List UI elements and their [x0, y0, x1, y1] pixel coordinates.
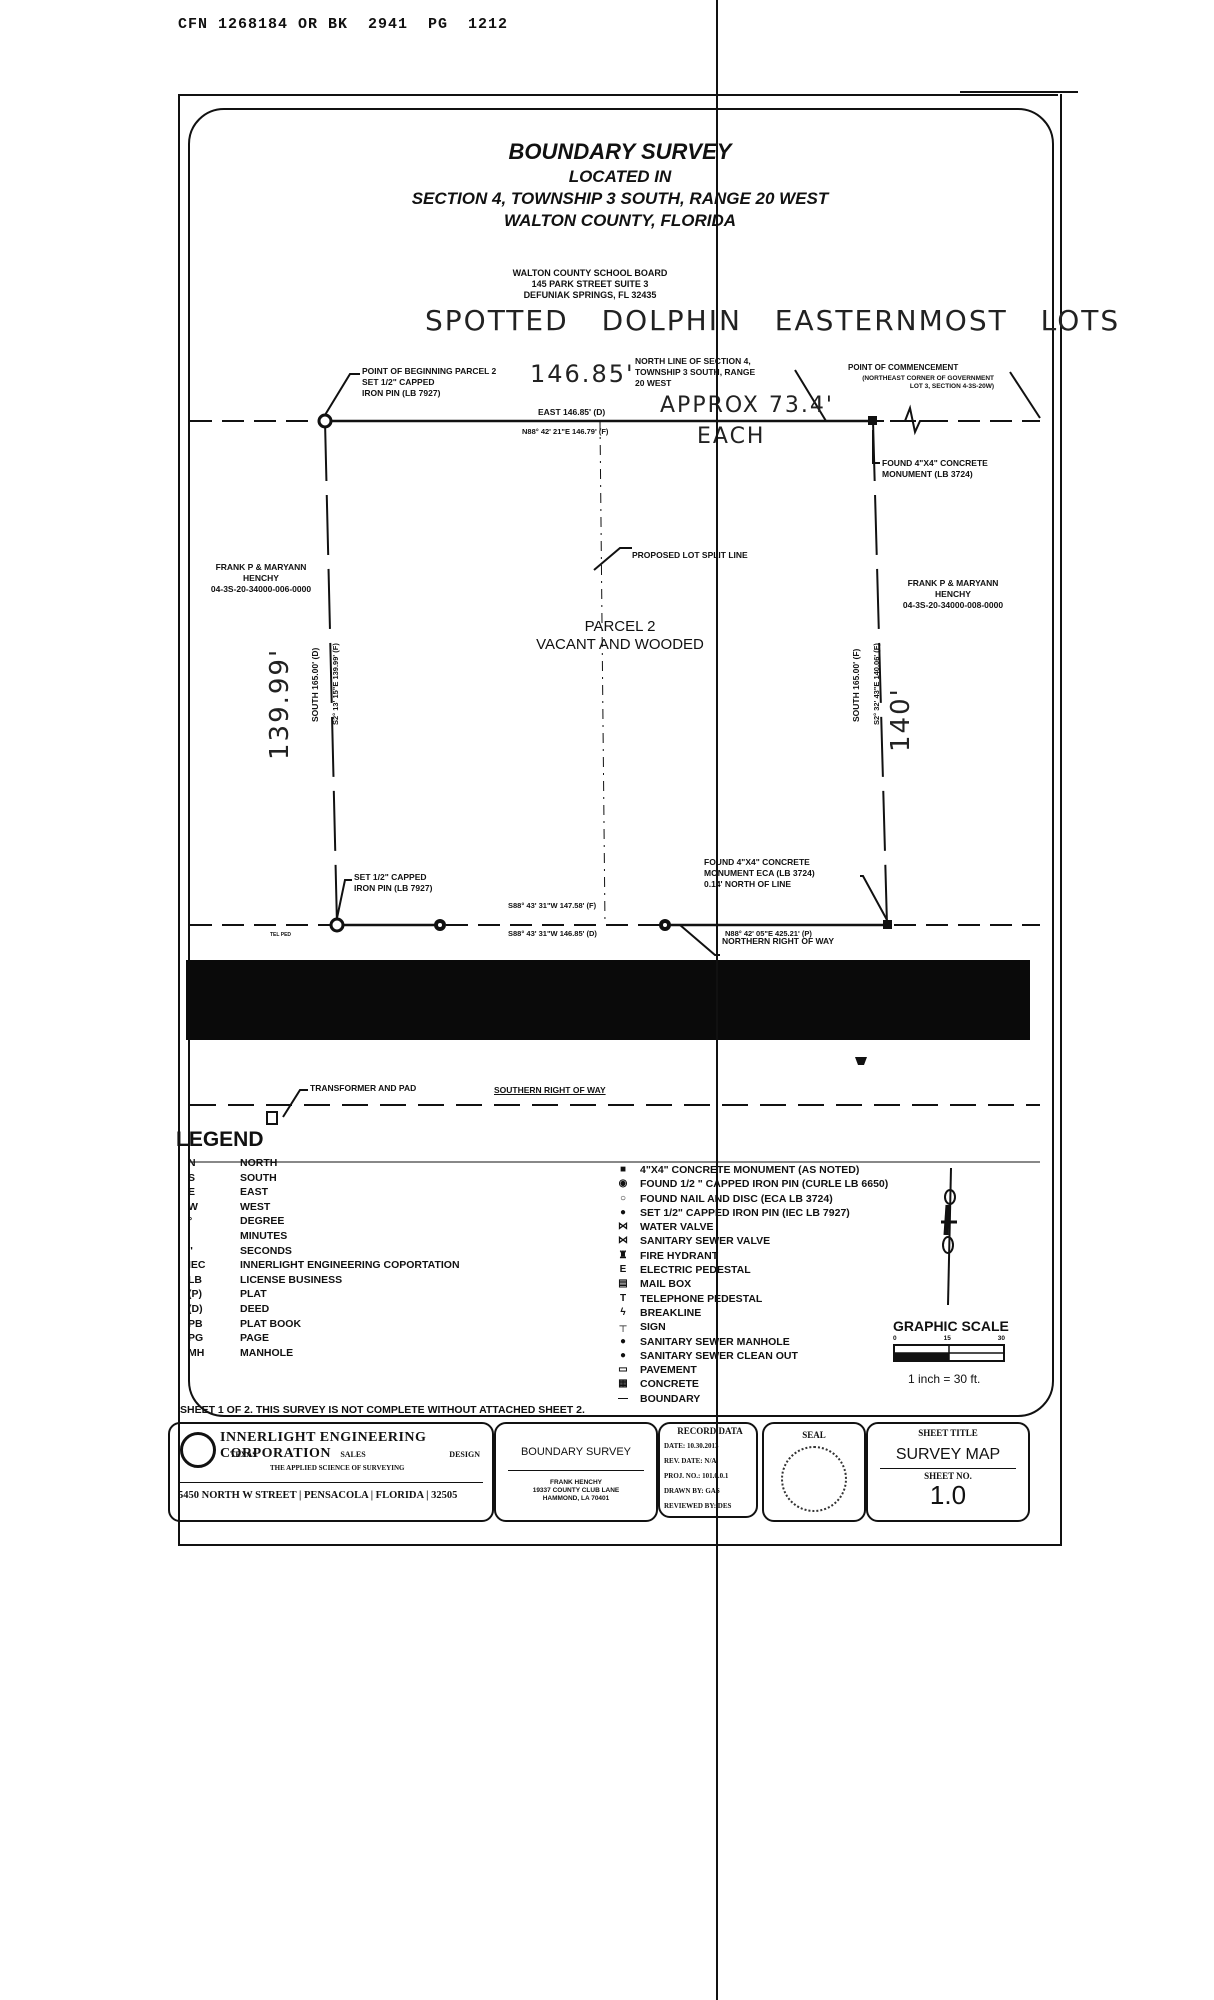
legend-symbol-label: MAIL BOX [640, 1277, 691, 1291]
legend-symbol-icon: ϟ [612, 1306, 634, 1320]
legend-symbol-icon: ⋈ [612, 1234, 634, 1248]
legend-abbr: ° [188, 1214, 240, 1229]
record-drawn-by: DRAWN BY: GAS [664, 1484, 756, 1499]
legend-abbr-row: PBPLAT BOOK [188, 1317, 460, 1332]
handwritten-west-length: 139.99' [265, 648, 295, 760]
company-address: 5450 NORTH W STREET | PENSACOLA | FLORID… [178, 1490, 457, 1501]
tag-2: SALES [340, 1450, 365, 1459]
legend-symbol-row: ⋈SANITARY SEWER VALVE [612, 1234, 888, 1248]
legend-symbol-row: ▭PAVEMENT [612, 1363, 888, 1377]
project-block: BOUNDARY SURVEY FRANK HENCHY 19337 COUNT… [494, 1422, 658, 1522]
scale-tick-0: 0 [893, 1335, 897, 1343]
client-name: FRANK HENCHY [496, 1479, 656, 1487]
north-bearing-deed: EAST 146.85' (D) [538, 407, 605, 418]
legend-meaning: DEGREE [240, 1214, 284, 1229]
east-owner-3: 04-3S-20-34000-008-0000 [888, 600, 1018, 611]
ne-monument-1: FOUND 4"X4" CONCRETE [882, 458, 988, 469]
scan-artifact-line [716, 0, 718, 2000]
company-divider [178, 1482, 483, 1483]
parcel-label: PARCEL 2 VACANT AND WOODED [520, 618, 720, 654]
legend-abbr-row: IECINNERLIGHT ENGINEERING COPORTATION [188, 1258, 460, 1273]
legend-symbol-label: BREAKLINE [640, 1306, 701, 1320]
legend-abbr: ' [188, 1229, 240, 1244]
legend-abbr-row: LBLICENSE BUSINESS [188, 1273, 460, 1288]
sw-pin-2: IRON PIN (LB 7927) [354, 883, 432, 894]
legend-symbol-label: FIRE HYDRANT [640, 1249, 718, 1263]
west-bearing-field: S2° 13' 15"E 139.99' (F) [330, 643, 341, 725]
sheet-title-label: SHEET TITLE [868, 1428, 1028, 1438]
seal-block: SEAL [762, 1422, 866, 1522]
legend-symbol-icon: ▦ [612, 1377, 634, 1391]
legend-abbr-row: NNORTH [188, 1156, 460, 1171]
legend-abbr: IEC [188, 1258, 240, 1273]
sheet-title: SURVEY MAP [868, 1446, 1028, 1464]
lot-split-label: PROPOSED LOT SPLIT LINE [632, 550, 748, 561]
legend-symbol-icon: ■ [612, 1163, 634, 1177]
legend-meaning: PLAT [240, 1287, 267, 1302]
poc-detail: (NORTHEAST CORNER OF GOVERNMENT LOT 3, S… [856, 375, 994, 391]
legend-symbol-label: ELECTRIC PEDESTAL [640, 1263, 751, 1277]
legend-symbol-label: SANITARY SEWER VALVE [640, 1234, 770, 1248]
legend-symbol-row: ■4"X4" CONCRETE MONUMENT (AS NOTED) [612, 1163, 888, 1177]
legend-symbol-label: FOUND 1/2 " CAPPED IRON PIN (CURLE LB 66… [640, 1177, 888, 1191]
legend-abbr-row: (P)PLAT [188, 1287, 460, 1302]
legend-symbol-row: ◉FOUND 1/2 " CAPPED IRON PIN (CURLE LB 6… [612, 1177, 888, 1191]
legend-symbols: ■4"X4" CONCRETE MONUMENT (AS NOTED)◉FOUN… [612, 1163, 888, 1406]
surveyor-seal-stamp [781, 1446, 847, 1512]
tag-1: TEXAS [230, 1450, 257, 1459]
legend-symbol-icon: ▭ [612, 1363, 634, 1377]
legend-abbr-row: °DEGREE [188, 1214, 460, 1229]
scale-ratio: 1 inch = 30 ft. [908, 1372, 980, 1386]
legend-symbol-row: ♜FIRE HYDRANT [612, 1249, 888, 1263]
legend-abbr-row: "SECONDS [188, 1244, 460, 1259]
legend-symbol-icon: ● [612, 1335, 634, 1349]
legend-symbol-label: SET 1/2" CAPPED IRON PIN (IEC LB 7927) [640, 1206, 850, 1220]
legend-meaning: SOUTH [240, 1171, 277, 1186]
record-heading: RECORD DATA [664, 1424, 756, 1439]
legend-symbol-row: ●SET 1/2" CAPPED IRON PIN (IEC LB 7927) [612, 1206, 888, 1220]
se-monument-2: MONUMENT ECA (LB 3724) [704, 868, 815, 879]
legend-abbr-row: MHMANHOLE [188, 1346, 460, 1361]
parcel-description: VACANT AND WOODED [520, 636, 720, 654]
legend-symbol-row: ●SANITARY SEWER CLEAN OUT [612, 1349, 888, 1363]
legend-symbol-icon: — [612, 1392, 634, 1406]
legend-meaning: INNERLIGHT ENGINEERING COPORTATION [240, 1258, 460, 1273]
legend-symbol-icon: ┬ [612, 1320, 634, 1334]
south-bearing-field: S88° 43' 31"W 147.58' (F) [508, 900, 596, 911]
west-owner-2: HENCHY [198, 573, 324, 584]
east-owner: FRANK P & MARYANN HENCHY 04-3S-20-34000-… [888, 578, 1018, 611]
west-owner: FRANK P & MARYANN HENCHY 04-3S-20-34000-… [198, 562, 324, 595]
graphic-scale-bar [893, 1344, 1005, 1362]
legend-meaning: NORTH [240, 1156, 277, 1171]
legend-symbol-icon: ♜ [612, 1249, 634, 1263]
legend-meaning: MANHOLE [240, 1346, 293, 1361]
legend-abbreviations: NNORTHSSOUTHEEASTWWEST°DEGREE'MINUTES"SE… [188, 1156, 460, 1360]
legend-meaning: MINUTES [240, 1229, 287, 1244]
legend-symbol-row: TTELEPHONE PEDESTAL [612, 1292, 888, 1306]
tel-ped-label: TEL PED [270, 931, 291, 939]
redacted-area [186, 960, 1030, 1040]
handwritten-each: EACH [697, 424, 765, 449]
sw-pin-1: SET 1/2" CAPPED [354, 872, 432, 883]
legend-abbr: (D) [188, 1302, 240, 1317]
south-bearing-deed: S88° 43' 31"W 146.85' (D) [508, 928, 597, 939]
legend-symbol-label: WATER VALVE [640, 1220, 714, 1234]
west-bearing-deed: SOUTH 165.00' (D) [310, 648, 321, 722]
legend-symbol-label: SIGN [640, 1320, 666, 1334]
se-monument-3: 0.14' NORTH OF LINE [704, 879, 815, 890]
legend-meaning: PAGE [240, 1331, 269, 1346]
legend-abbr: PG [188, 1331, 240, 1346]
scale-tick-15: 15 [944, 1335, 951, 1343]
legend-symbol-row: ▤MAIL BOX [612, 1277, 888, 1291]
company-block: INNERLIGHT ENGINEERING CORPORATION TEXAS… [168, 1422, 494, 1522]
legend-abbr-row: WWEST [188, 1200, 460, 1215]
east-bearing-deed: SOUTH 165.00' (F) [851, 649, 862, 722]
poc-detail-2: LOT 3, SECTION 4-3S-20W) [856, 383, 994, 391]
survey-type: BOUNDARY SURVEY [496, 1446, 656, 1458]
west-owner-1: FRANK P & MARYANN [198, 562, 324, 573]
sw-pin-annotation: SET 1/2" CAPPED IRON PIN (LB 7927) [354, 872, 432, 894]
east-owner-2: HENCHY [888, 589, 1018, 600]
legend-abbr-row: EEAST [188, 1185, 460, 1200]
legend-meaning: PLAT BOOK [240, 1317, 301, 1332]
lightbulb-logo-icon [180, 1432, 216, 1468]
legend-symbol-label: TELEPHONE PEDESTAL [640, 1292, 762, 1306]
record-data-block: RECORD DATA DATE: 10.30.2013 REV. DATE: … [658, 1422, 758, 1518]
legend-symbol-row: ●SANITARY SEWER MANHOLE [612, 1335, 888, 1349]
poc-label: POINT OF COMMENCEMENT [848, 362, 958, 373]
legend-symbol-row: ○FOUND NAIL AND DISC (ECA LB 3724) [612, 1192, 888, 1206]
legend-abbr: N [188, 1156, 240, 1171]
sheet-note: SHEET 1 OF 2. THIS SURVEY IS NOT COMPLET… [180, 1404, 585, 1416]
legend-abbr-row: PGPAGE [188, 1331, 460, 1346]
poc-detail-1: (NORTHEAST CORNER OF GOVERNMENT [856, 375, 994, 383]
se-monument-annotation: FOUND 4"X4" CONCRETE MONUMENT ECA (LB 37… [704, 857, 815, 890]
northern-row-label: NORTHERN RIGHT OF WAY [722, 936, 834, 947]
pob-line2: SET 1/2" CAPPED [362, 377, 496, 388]
legend-symbol-label: CONCRETE [640, 1377, 699, 1391]
legend-symbol-icon: ○ [612, 1192, 634, 1206]
legend-abbr: W [188, 1200, 240, 1215]
legend-symbol-icon: ● [612, 1349, 634, 1363]
scale-tick-30: 30 [998, 1335, 1005, 1343]
legend-symbol-row: ▦CONCRETE [612, 1377, 888, 1391]
legend-symbol-label: PAVEMENT [640, 1363, 697, 1377]
legend-abbr: MH [188, 1346, 240, 1361]
client-address2: HAMMOND, LA 70401 [496, 1495, 656, 1503]
legend-title: LEGEND [176, 1128, 264, 1152]
transformer-label: TRANSFORMER AND PAD [310, 1083, 416, 1094]
legend-symbol-row: ⋈WATER VALVE [612, 1220, 888, 1234]
legend-abbr: " [188, 1244, 240, 1259]
legend-meaning: LICENSE BUSINESS [240, 1273, 342, 1288]
sheet-block: SHEET TITLE SURVEY MAP SHEET NO. 1.0 [866, 1422, 1030, 1522]
ne-monument-2: MONUMENT (LB 3724) [882, 469, 988, 480]
north-line-3: 20 WEST [635, 378, 755, 389]
handwritten-north-length: 146.85' [530, 360, 635, 388]
tag-3: DESIGN [449, 1450, 480, 1459]
legend-abbr: PB [188, 1317, 240, 1332]
pob-line3: IRON PIN (LB 7927) [362, 388, 496, 399]
legend-symbol-icon: ▤ [612, 1277, 634, 1291]
company-tags: TEXAS SALES DESIGN [230, 1450, 480, 1459]
legend-symbol-row: ┬SIGN [612, 1320, 888, 1334]
legend-abbr-row: SSOUTH [188, 1171, 460, 1186]
graphic-scale-title: GRAPHIC SCALE [893, 1318, 1009, 1334]
legend-abbr-row: 'MINUTES [188, 1229, 460, 1244]
record-proj-no: PROJ. NO.: 101.0.0.1 [664, 1469, 756, 1484]
seal-label: SEAL [764, 1430, 864, 1440]
pob-line1: POINT OF BEGINNING PARCEL 2 [362, 366, 496, 377]
sheet-divider [880, 1468, 1016, 1469]
west-owner-3: 04-3S-20-34000-006-0000 [198, 584, 324, 595]
record-rev-date: REV. DATE: N/A [664, 1454, 756, 1469]
east-bearing-field: S2° 32' 43"E 140.06' (F) [871, 643, 882, 725]
legend-abbr: E [188, 1185, 240, 1200]
legend-symbol-label: 4"X4" CONCRETE MONUMENT (AS NOTED) [640, 1163, 859, 1177]
se-monument-1: FOUND 4"X4" CONCRETE [704, 857, 815, 868]
legend-abbr-row: (D)DEED [188, 1302, 460, 1317]
company-motto: THE APPLIED SCIENCE OF SURVEYING [270, 1464, 404, 1472]
legend-symbol-label: FOUND NAIL AND DISC (ECA LB 3724) [640, 1192, 833, 1206]
legend-symbol-label: SANITARY SEWER CLEAN OUT [640, 1349, 798, 1363]
legend-meaning: EAST [240, 1185, 268, 1200]
legend-symbol-label: BOUNDARY [640, 1392, 700, 1406]
project-divider [508, 1470, 644, 1471]
legend-symbol-label: SANITARY SEWER MANHOLE [640, 1335, 790, 1349]
legend-abbr: (P) [188, 1287, 240, 1302]
legend-symbol-icon: ◉ [612, 1177, 634, 1191]
legend-symbol-icon: E [612, 1263, 634, 1277]
legend-abbr: LB [188, 1273, 240, 1288]
pob-annotation: POINT OF BEGINNING PARCEL 2 SET 1/2" CAP… [362, 366, 496, 399]
north-line-2: TOWNSHIP 3 SOUTH, RANGE [635, 367, 755, 378]
legend-symbol-icon: ● [612, 1206, 634, 1220]
legend-symbol-icon: ⋈ [612, 1220, 634, 1234]
legend-symbol-row: EELECTRIC PEDESTAL [612, 1263, 888, 1277]
graphic-scale-ticks: 0 15 30 [893, 1335, 1005, 1343]
southern-row-label: SOUTHERN RIGHT OF WAY [494, 1085, 606, 1096]
north-line-1: NORTH LINE OF SECTION 4, [635, 356, 755, 367]
record-date: DATE: 10.30.2013 [664, 1439, 756, 1454]
handwritten-approx: APPROX 73.4' [660, 393, 834, 418]
legend-symbol-row: —BOUNDARY [612, 1392, 888, 1406]
record-reviewed-by: REVIEWED BY: DES [664, 1499, 756, 1514]
legend-abbr: S [188, 1171, 240, 1186]
legend-meaning: WEST [240, 1200, 270, 1215]
legend-symbol-row: ϟBREAKLINE [612, 1306, 888, 1320]
legend-meaning: SECONDS [240, 1244, 292, 1259]
client-address1: 19337 COUNTY CLUB LANE [496, 1487, 656, 1495]
legend-symbol-icon: T [612, 1292, 634, 1306]
sheet-number: 1.0 [868, 1481, 1028, 1509]
ne-monument-annotation: FOUND 4"X4" CONCRETE MONUMENT (LB 3724) [882, 458, 988, 480]
north-line-annotation: NORTH LINE OF SECTION 4, TOWNSHIP 3 SOUT… [635, 356, 755, 389]
east-owner-1: FRANK P & MARYANN [888, 578, 1018, 589]
north-bearing-field: N88° 42' 21"E 146.79' (F) [522, 426, 608, 437]
handwritten-east-length: 140' [886, 687, 916, 752]
parcel-name: PARCEL 2 [520, 618, 720, 636]
legend-meaning: DEED [240, 1302, 269, 1317]
